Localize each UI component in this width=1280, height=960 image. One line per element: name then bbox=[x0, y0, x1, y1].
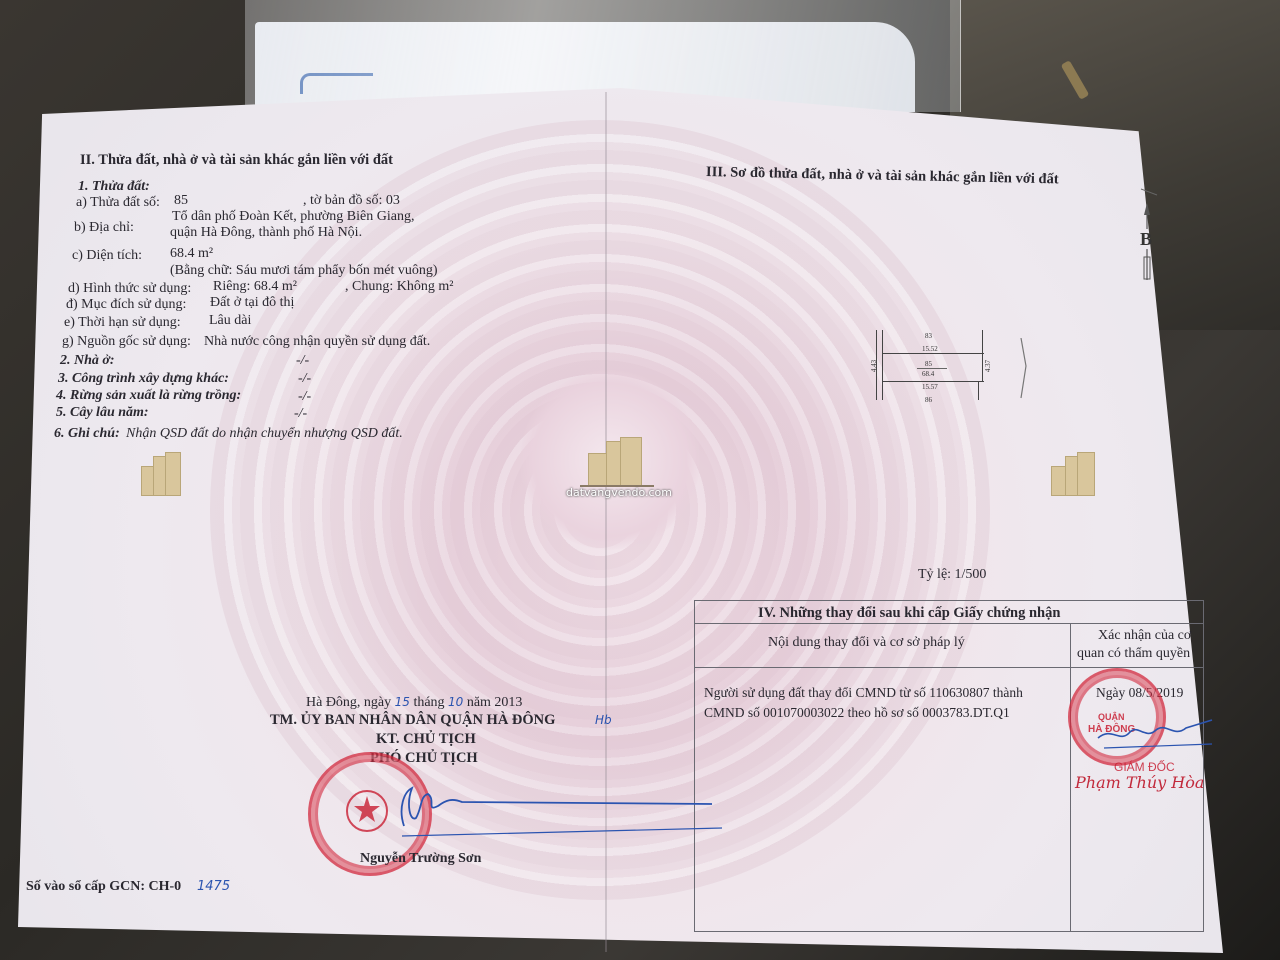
bottom-length: 15.57 bbox=[922, 383, 938, 391]
top-length: 15.52 bbox=[922, 345, 938, 353]
signer-name: Nguyễn Trường Sơn bbox=[360, 850, 481, 867]
confirmation-signer: Phạm Thúy Hòa bbox=[1075, 774, 1204, 791]
item6-note-value: Nhận QSD đất do nhận chuyển nhượng QSD đ… bbox=[126, 425, 403, 442]
item2-value: -/- bbox=[296, 352, 309, 369]
north-arrow: B bbox=[1135, 185, 1161, 295]
north-neighbor-parcel: 83 bbox=[925, 332, 932, 340]
purpose-value: Đất ở tại đô thị bbox=[210, 294, 294, 311]
col-change-content-header: Nội dung thay đổi và cơ sở pháp lý bbox=[768, 634, 965, 651]
right-width: 4.37 bbox=[984, 360, 992, 372]
item3-other-construction: 3. Công trình xây dựng khác: bbox=[58, 370, 229, 387]
area-value: 68.4 m² bbox=[170, 245, 213, 262]
item5-value: -/- bbox=[294, 405, 307, 422]
address-label: b) Địa chỉ: bbox=[74, 219, 134, 236]
registry-number-handwritten: 1475 bbox=[197, 878, 230, 895]
column-divider bbox=[1070, 623, 1071, 931]
col-confirmation-header-2: quan có thẩm quyền bbox=[1077, 645, 1190, 662]
confirmation-title: GIÁM ĐỐC bbox=[1114, 760, 1175, 774]
parcel-number-value: 85 bbox=[174, 192, 188, 209]
confirmation-signature bbox=[1094, 718, 1214, 758]
col-confirmation-header-1: Xác nhận của cơ bbox=[1098, 627, 1191, 644]
change-entry-line-2: CMND số 001070003022 theo hồ sơ số 00037… bbox=[704, 704, 1010, 721]
usage-form-label: d) Hình thức sử dụng: bbox=[68, 280, 191, 297]
month-label: tháng bbox=[413, 695, 444, 710]
item1-title: 1. Thửa đất: bbox=[78, 178, 150, 195]
signing-year: năm 2013 bbox=[467, 695, 523, 710]
issuing-authority: TM. ỦY BAN NHÂN DÂN QUẬN HÀ ĐÔNG bbox=[270, 712, 555, 729]
address-line-2: quận Hà Đông, thành phố Hà Nội. bbox=[170, 224, 362, 241]
scale-label: Tỷ lệ: 1/500 bbox=[918, 566, 986, 583]
change-entry-line-1: Người sử dụng đất thay đổi CMND từ số 11… bbox=[704, 684, 1023, 701]
item5-perennial-trees: 5. Cây lâu năm: bbox=[56, 404, 149, 421]
parcel-diagram: 83 15.52 85 68.4 15.57 86 4.43 4.37 bbox=[870, 328, 1030, 400]
national-emblem-icon bbox=[342, 786, 392, 836]
item3-value: -/- bbox=[298, 370, 311, 387]
section-ii-title: II. Thửa đất, nhà ở và tài sản khác gắn … bbox=[80, 152, 393, 169]
watermark-logo-center bbox=[580, 435, 650, 487]
parcel-number-label: a) Thửa đất số: bbox=[76, 194, 160, 211]
origin-label: g) Nguồn gốc sử dụng: bbox=[62, 333, 191, 350]
vice-chairman-signature bbox=[392, 778, 722, 838]
signing-day: 15 bbox=[395, 695, 410, 709]
origin-value: Nhà nước công nhận quyền sử dụng đất. bbox=[204, 333, 430, 350]
kt-chairman: KT. CHỦ TỊCH bbox=[376, 731, 476, 748]
parcel-number-diagram: 85 bbox=[925, 360, 932, 368]
section-iv-title: IV. Những thay đổi sau khi cấp Giấy chứn… bbox=[758, 605, 1060, 622]
registry-number-label: Số vào sổ cấp GCN: CH-0 bbox=[26, 878, 181, 895]
map-sheet-number: , tờ bản đồ số: 03 bbox=[303, 192, 400, 209]
parcel-area-diagram: 68.4 bbox=[922, 370, 934, 378]
item6-note-label: 6. Ghi chú: bbox=[54, 425, 120, 442]
term-value: Lâu dài bbox=[209, 312, 251, 329]
usage-private: Riêng: 68.4 m² bbox=[213, 278, 297, 295]
item4-value: -/- bbox=[298, 388, 311, 405]
term-label: e) Thời hạn sử dụng: bbox=[64, 314, 181, 331]
area-label: c) Diện tích: bbox=[72, 247, 142, 264]
signing-place-date: Hà Đông, ngày 15 tháng 10 năm 2013 bbox=[306, 694, 522, 711]
svg-text:B: B bbox=[1140, 229, 1152, 249]
watermark-text: datvangvendo.com bbox=[566, 486, 672, 499]
south-neighbor-parcel: 86 bbox=[925, 396, 932, 404]
item2-house: 2. Nhà ở: bbox=[60, 352, 115, 369]
authority-initials: Hb bbox=[595, 712, 612, 729]
left-width: 4.43 bbox=[870, 360, 878, 372]
usage-shared: , Chung: Không m² bbox=[345, 278, 453, 295]
address-line-1: Tổ dân phố Đoàn Kết, phường Biên Giang, bbox=[172, 208, 414, 225]
signing-month: 10 bbox=[448, 695, 463, 709]
watermark-logo-right bbox=[1045, 448, 1100, 496]
item4-production-forest: 4. Rừng sản xuất là rừng trồng: bbox=[56, 387, 241, 404]
purpose-label: đ) Mục đích sử dụng: bbox=[66, 296, 186, 313]
signing-place: Hà Đông, ngày bbox=[306, 695, 391, 710]
watermark-logo-left bbox=[135, 448, 185, 496]
area-in-words: (Bằng chữ: Sáu mươi tám phẩy bốn mét vuô… bbox=[170, 262, 438, 279]
